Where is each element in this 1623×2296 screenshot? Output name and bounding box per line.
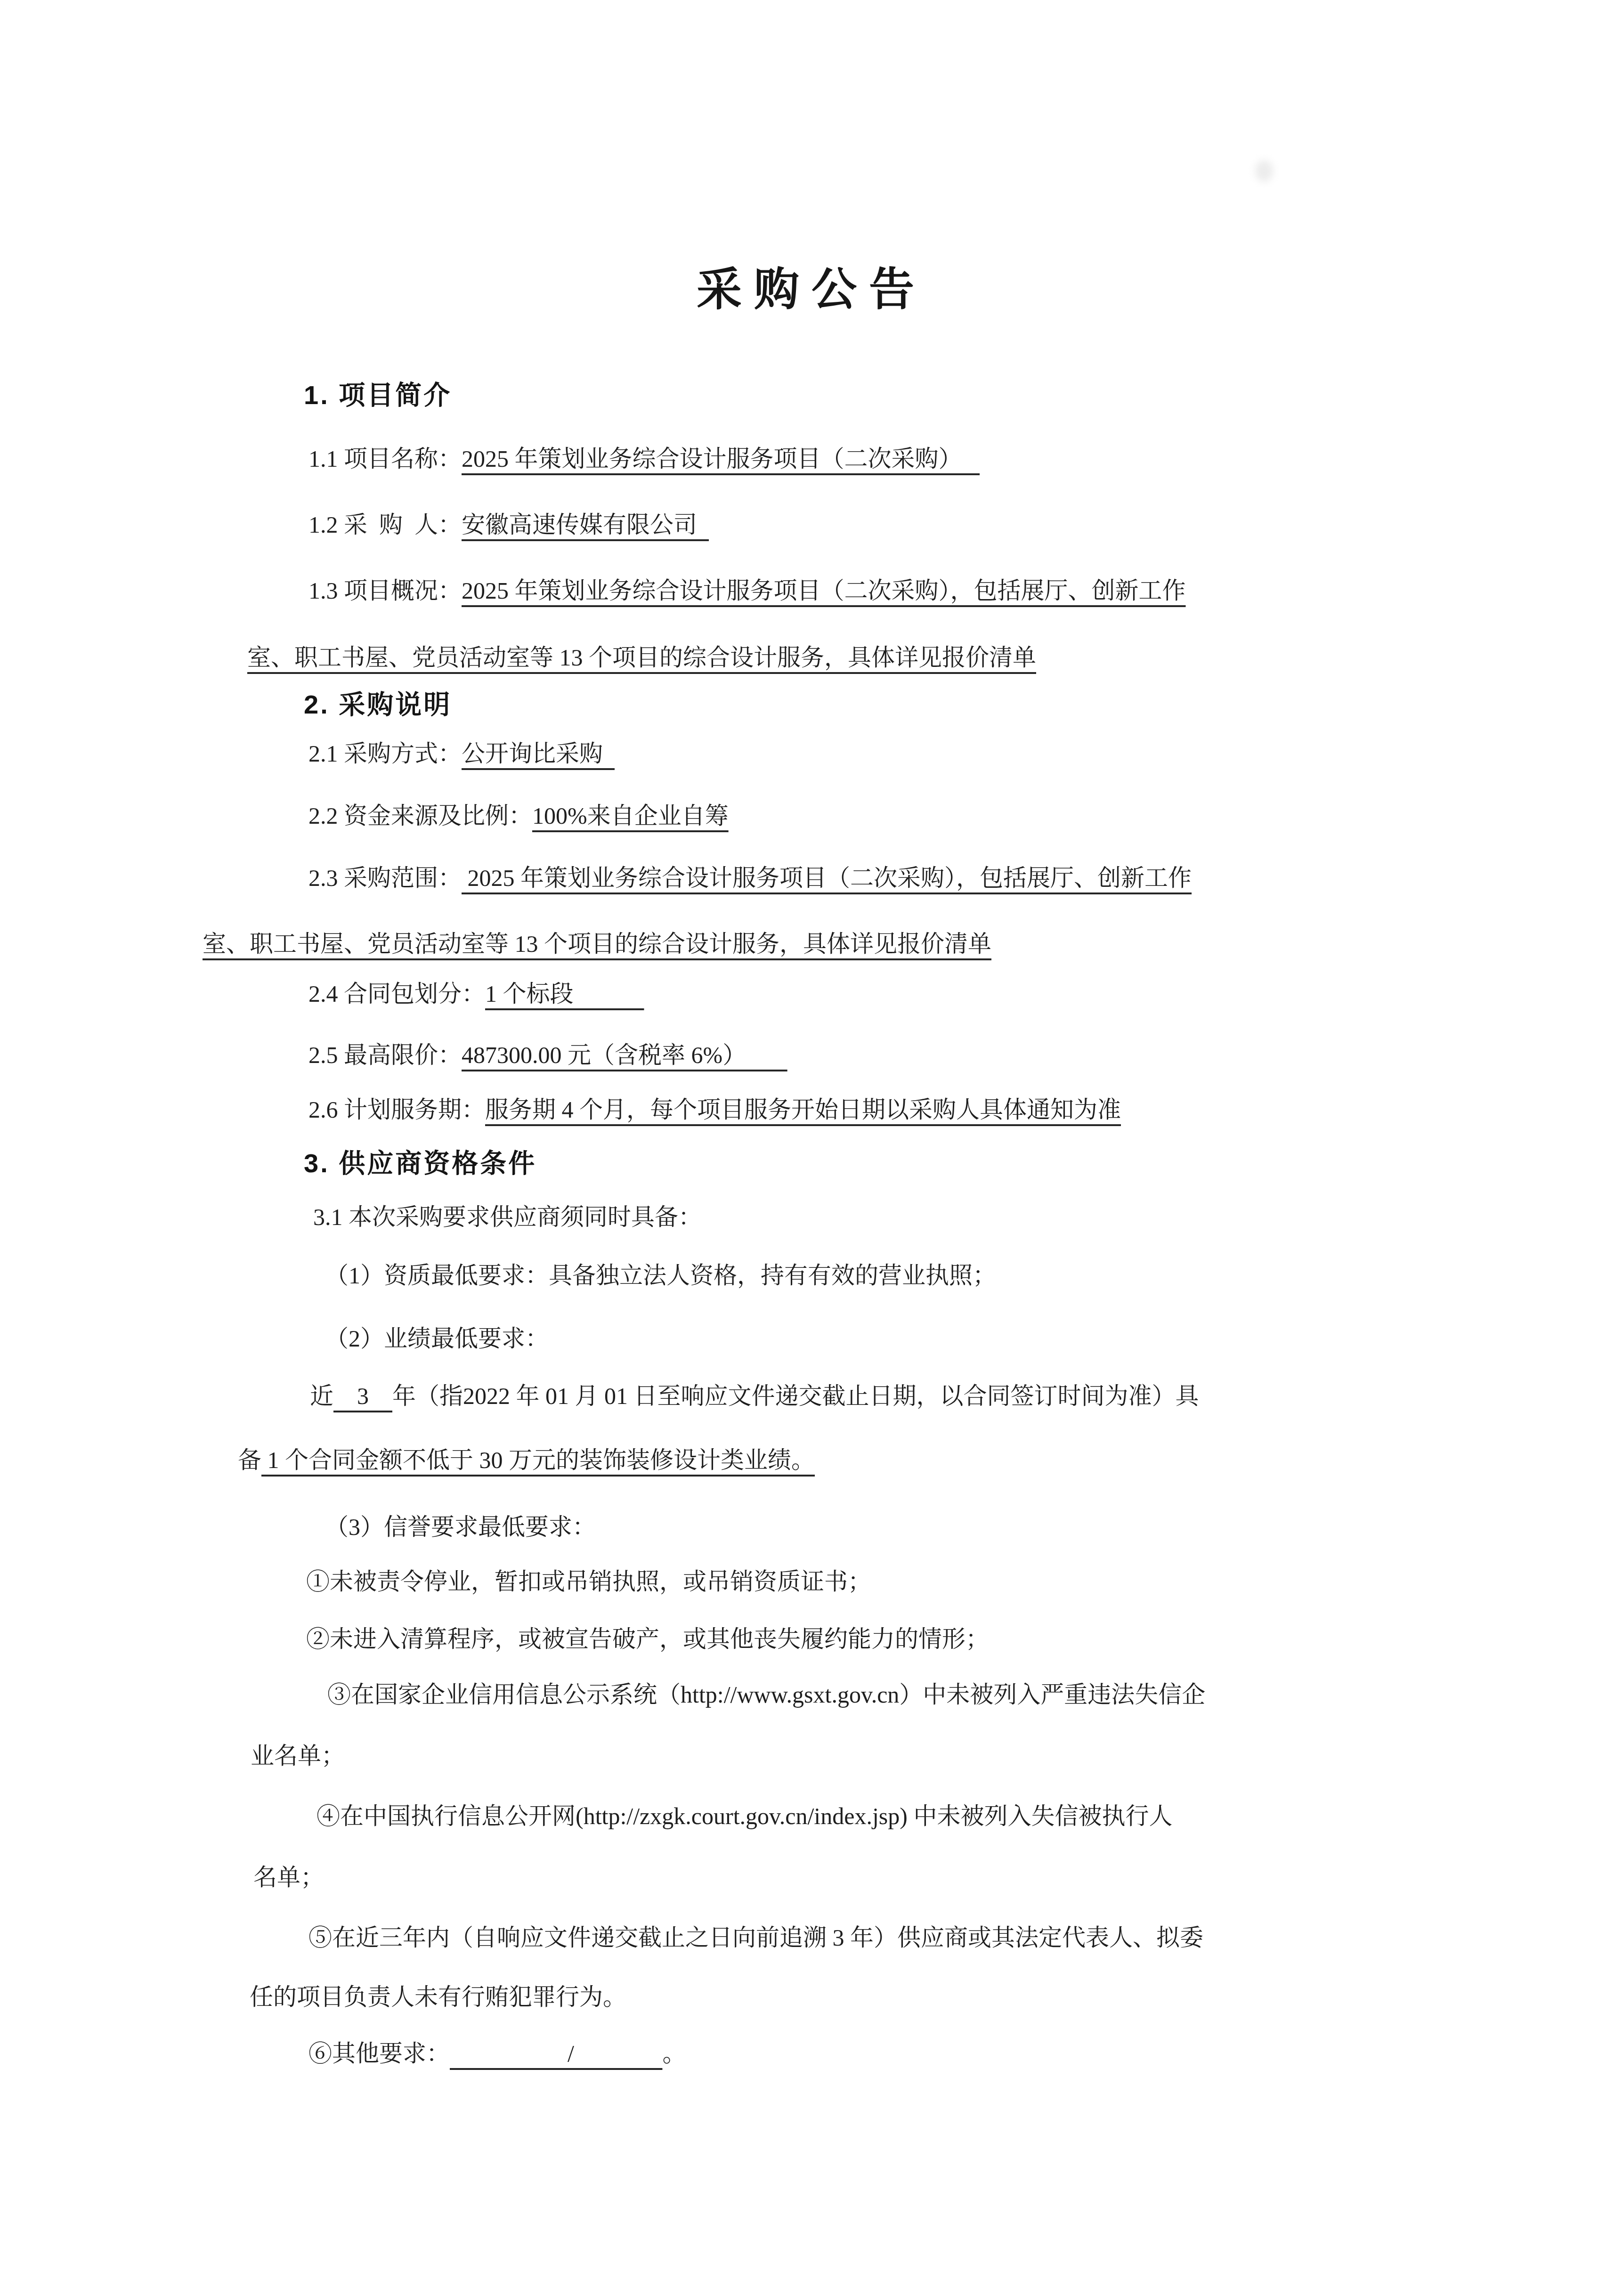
experience-line2-value: 1 个合同金额不低于 30 万元的装饰装修设计类业绩。 xyxy=(261,1447,815,1473)
credit-item-3-line2: 业名单； xyxy=(251,1742,345,1770)
item-2-6-label: 2.6 计划服务期： xyxy=(308,1096,485,1123)
item-2-1-value: 公开询比采购 xyxy=(462,740,615,767)
credit-item-4-line1: ④在中国执行信息公开网(http://zxgk.court.gov.cn/ind… xyxy=(316,1802,1172,1830)
item-2-3-line2: 室、职工书屋、党员活动室等 13 个项目的综合设计服务，具体详见报价清单 xyxy=(203,930,991,958)
item-1-3-value-line2: 室、职工书屋、党员活动室等 13 个项目的综合设计服务，具体详见报价清单 xyxy=(247,644,1036,671)
item-1-3-value-line1: 2025 年策划业务综合设计服务项目（二次采购），包括展厅、创新工作 xyxy=(462,577,1186,604)
credit-item-6-period: 。 xyxy=(662,2040,686,2067)
item-2-2: 2.2 资金来源及比例：100%来自企业自筹 xyxy=(308,802,729,830)
item-3-1: 3.1 本次采购要求供应商须同时具备： xyxy=(313,1203,702,1231)
requirement-1: （1）资质最低要求：具备独立法人资格，持有有效的营业执照； xyxy=(325,1261,996,1290)
experience-post: 年（指2022 年 01 月 01 日至响应文件递交截止日期，以合同签订时间为准… xyxy=(392,1383,1199,1409)
item-1-2-label: 1.2 采 购 人： xyxy=(308,511,462,538)
item-1-2-value: 安徽高速传媒有限公司 xyxy=(462,511,709,538)
item-1-3-line2: 室、职工书屋、党员活动室等 13 个项目的综合设计服务，具体详见报价清单 xyxy=(247,643,1036,672)
item-1-1: 1.1 项目名称：2025 年策划业务综合设计服务项目（二次采购） xyxy=(308,445,980,473)
item-2-5-value: 487300.00 元（含税率 6%） xyxy=(462,1042,787,1068)
item-1-3-label: 1.3 项目概况： xyxy=(308,577,462,604)
item-2-1: 2.1 采购方式：公开询比采购 xyxy=(308,739,615,768)
item-2-4-label: 2.4 合同包划分： xyxy=(308,981,485,1007)
item-2-2-label: 2.2 资金来源及比例： xyxy=(308,803,532,829)
scan-artifact xyxy=(1255,160,1273,182)
experience-years-blank: 3 xyxy=(333,1383,392,1409)
credit-item-1: ①未被责令停业，暂扣或吊销执照，或吊销资质证书； xyxy=(306,1567,871,1596)
document-page: 采购公告 1. 项目简介 1.1 项目名称：2025 年策划业务综合设计服务项目… xyxy=(0,0,1623,2296)
experience-line1: 近 3 年（指2022 年 01 月 01 日至响应文件递交截止日期，以合同签订… xyxy=(310,1382,1199,1410)
credit-item-2: ②未进入清算程序，或被宣告破产，或其他丧失履约能力的情形； xyxy=(306,1625,989,1653)
credit-item-4-line2: 名单； xyxy=(253,1863,324,1891)
section-2-heading: 2. 采购说明 xyxy=(304,689,452,720)
credit-item-6-label: ⑥其他要求： xyxy=(308,2040,450,2067)
requirement-3: （3）信誉要求最低要求： xyxy=(325,1513,596,1541)
item-2-5-label: 2.5 最高限价： xyxy=(308,1042,462,1068)
credit-item-5-line2: 任的项目负责人未有行贿犯罪行为。 xyxy=(250,1983,626,2011)
item-2-6: 2.6 计划服务期：服务期 4 个月，每个项目服务开始日期以采购人具体通知为准 xyxy=(308,1095,1121,1124)
section-3-heading: 3. 供应商资格条件 xyxy=(304,1147,536,1179)
experience-pre: 近 xyxy=(310,1383,333,1409)
item-2-1-label: 2.1 采购方式： xyxy=(308,740,462,767)
item-2-6-value: 服务期 4 个月，每个项目服务开始日期以采购人具体通知为准 xyxy=(485,1096,1121,1123)
credit-item-3-line1: ③在国家企业信用信息公示系统（http://www.gsxt.gov.cn）中未… xyxy=(327,1680,1205,1709)
requirement-2: （2）业绩最低要求： xyxy=(325,1324,549,1353)
credit-item-5-line1: ⑤在近三年内（自响应文件递交截止之日向前追溯 3 年）供应商或其法定代表人、拟委 xyxy=(308,1923,1203,1952)
item-2-3-label: 2.3 采购范围： xyxy=(308,865,462,891)
credit-item-6: ⑥其他要求： / 。 xyxy=(308,2039,686,2068)
item-2-3-value-line2: 室、职工书屋、党员活动室等 13 个项目的综合设计服务，具体详见报价清单 xyxy=(203,931,991,957)
item-1-3-line1: 1.3 项目概况：2025 年策划业务综合设计服务项目（二次采购），包括展厅、创… xyxy=(308,576,1186,605)
item-1-1-value: 2025 年策划业务综合设计服务项目（二次采购） xyxy=(462,446,980,472)
item-1-2: 1.2 采 购 人：安徽高速传媒有限公司 xyxy=(308,511,709,539)
credit-item-6-blank: / xyxy=(450,2040,662,2067)
item-2-3-line1: 2.3 采购范围： 2025 年策划业务综合设计服务项目（二次采购），包括展厅、… xyxy=(308,864,1192,892)
item-1-1-label: 1.1 项目名称： xyxy=(308,446,462,472)
section-1-heading: 1. 项目简介 xyxy=(304,379,452,411)
experience-line2-pre: 备 xyxy=(238,1447,261,1473)
experience-line2: 备 1 个合同金额不低于 30 万元的装饰装修设计类业绩。 xyxy=(238,1446,815,1474)
item-2-4-value: 1 个标段 xyxy=(485,981,644,1007)
item-2-2-value: 100%来自企业自筹 xyxy=(532,803,729,829)
item-2-3-value-line1: 2025 年策划业务综合设计服务项目（二次采购），包括展厅、创新工作 xyxy=(462,865,1192,891)
document-title: 采购公告 xyxy=(0,253,1623,318)
item-2-4: 2.4 合同包划分：1 个标段 xyxy=(308,980,644,1008)
item-2-5: 2.5 最高限价：487300.00 元（含税率 6%） xyxy=(308,1041,787,1069)
